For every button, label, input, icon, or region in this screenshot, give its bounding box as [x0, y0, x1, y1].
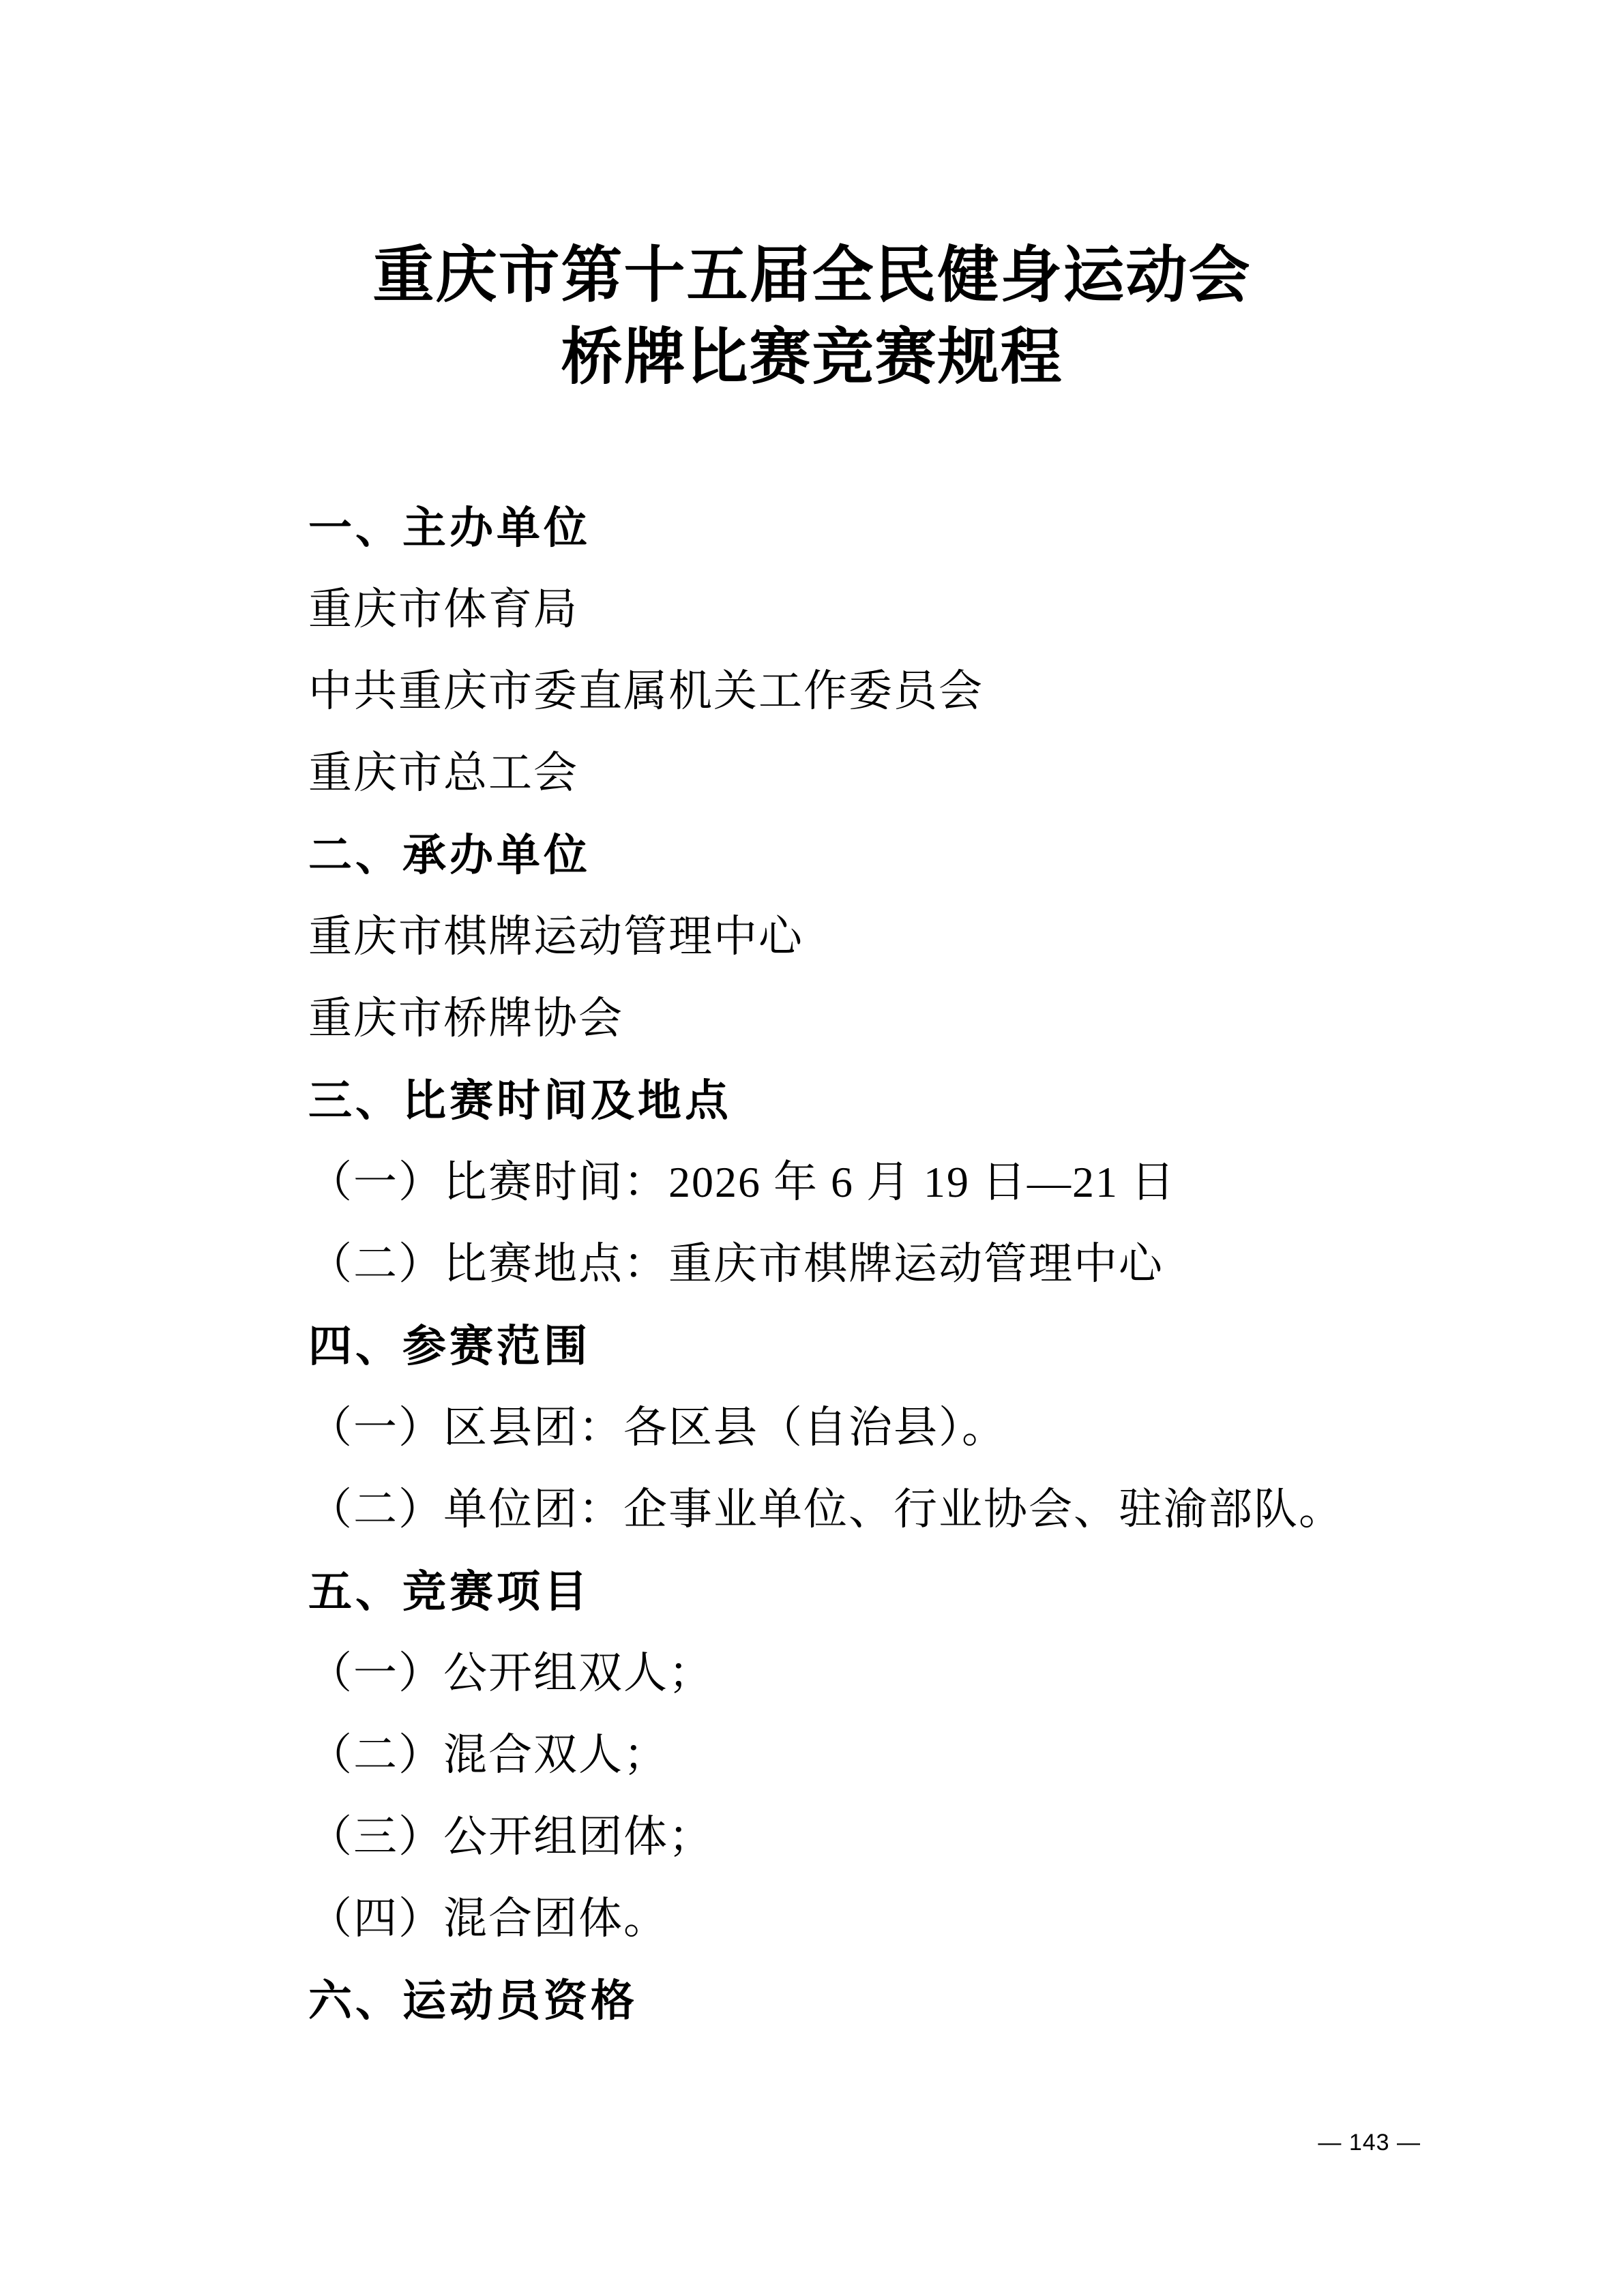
paragraph: （一）区县团：各区县（自治县）。 — [308, 1387, 1427, 1469]
paragraph: （三）公开组团体； — [308, 1796, 1427, 1878]
section-heading: 四、参赛范围 — [308, 1305, 1427, 1387]
paragraph: （二）混合双人； — [308, 1714, 1427, 1796]
section-heading: 五、竞赛项目 — [308, 1551, 1427, 1632]
paragraph: （一）公开组双人； — [308, 1632, 1427, 1714]
section-heading: 三、比赛时间及地点 — [308, 1060, 1427, 1142]
paragraph: 重庆市总工会 — [308, 732, 1427, 814]
paragraph: （四）混合团体。 — [308, 1878, 1427, 1960]
paragraph: （二）比赛地点：重庆市棋牌运动管理中心 — [308, 1223, 1427, 1305]
paragraph: 重庆市体育局 — [308, 569, 1427, 651]
document-title: 重庆市第十五届全民健身运动会 桥牌比赛竞赛规程 — [0, 235, 1624, 399]
document-title-line-2: 桥牌比赛竞赛规程 — [0, 317, 1624, 399]
paragraph: 重庆市棋牌运动管理中心 — [308, 896, 1427, 978]
paragraph: 中共重庆市委直属机关工作委员会 — [308, 651, 1427, 732]
section-heading: 二、承办单位 — [308, 814, 1427, 896]
document-body: 一、主办单位重庆市体育局中共重庆市委直属机关工作委员会重庆市总工会二、承办单位重… — [308, 487, 1427, 2042]
document-page: 重庆市第十五届全民健身运动会 桥牌比赛竞赛规程 一、主办单位重庆市体育局中共重庆… — [0, 0, 1624, 2296]
paragraph: （一）比赛时间：2026 年 6 月 19 日—21 日 — [308, 1142, 1427, 1223]
section-heading: 一、主办单位 — [308, 487, 1427, 569]
paragraph: （二）单位团：企事业单位、行业协会、驻渝部队。 — [308, 1469, 1427, 1551]
section-heading: 六、运动员资格 — [308, 1960, 1427, 2042]
paragraph: 重庆市桥牌协会 — [308, 978, 1427, 1060]
page-number: — 143 — — [1318, 2129, 1421, 2156]
document-title-line-1: 重庆市第十五届全民健身运动会 — [0, 235, 1624, 317]
